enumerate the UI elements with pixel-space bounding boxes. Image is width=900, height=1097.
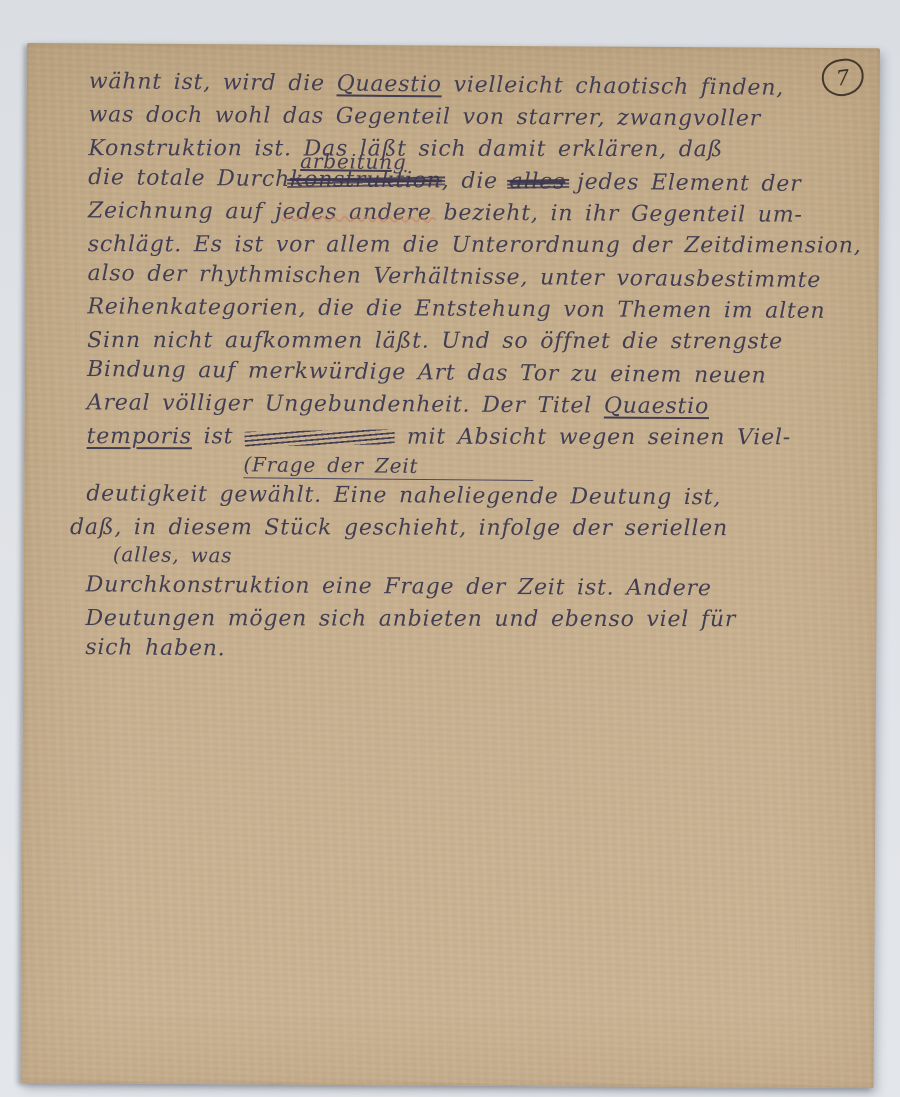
text-segment: (Frage der Zeit <box>243 452 533 481</box>
manuscript-line: temporis ist mit Absicht wegen seinen Vi… <box>87 421 862 454</box>
text-segment: Deutungen mögen sich anbieten und ebenso… <box>85 606 736 632</box>
text-segment: mit Absicht wegen seinen Viel- <box>395 425 791 451</box>
text-segment: , die <box>442 168 510 194</box>
text-segment: (alles, was <box>113 542 233 567</box>
manuscript-line: Reihenkategorien, die die Entstehung von… <box>87 291 862 328</box>
crossed-out-word: alles <box>510 169 566 195</box>
text-segment: jedes Element der <box>565 170 801 197</box>
text-segment: ist <box>192 424 245 449</box>
manuscript-line: daß, in diesem Stück geschieht, infolge … <box>70 512 861 545</box>
manuscript-line: Zeichnung auf jedes andere bezieht, in i… <box>88 195 863 232</box>
text-segment: Bindung auf merkwürdige Art das Tor zu e… <box>87 357 767 389</box>
manuscript-line: Durchkonstruktion eine Frage der Zeit is… <box>86 569 861 606</box>
text-segment: also der rhythmischen Verhältnisse, unte… <box>87 261 821 293</box>
text-segment: schlägt. Es ist vor allem die Unterordnu… <box>88 232 862 258</box>
text-segment: was doch wohl das Gegenteil von starrer,… <box>88 102 761 131</box>
text-segment: Sinn nicht aufkommen läßt. Und so öffnet… <box>87 328 783 354</box>
illegible-scribble <box>245 429 395 446</box>
text-segment: Zeichnung auf jedes andere bezieht, in i… <box>88 198 803 227</box>
underlined-word: Quaestio <box>604 394 709 420</box>
manuscript-line: Deutungen mögen sich anbieten und ebenso… <box>85 603 860 636</box>
correction-group: arbeitung konstruktion <box>290 167 442 193</box>
underlined-word: Quaestio <box>337 71 442 97</box>
text-segment: Areal völliger Ungebundenheit. Der Titel <box>87 390 604 418</box>
red-squiggle-mark <box>282 192 436 225</box>
text-segment: die totale Durch <box>88 165 290 192</box>
manuscript-line: Areal völliger Ungebundenheit. Der Titel… <box>87 387 862 424</box>
text-segment: vielleicht chaotisch finden, <box>442 72 784 100</box>
text-segment: sich haben. <box>85 635 225 661</box>
text-segment: Reihenkategorien, die die Entstehung von… <box>87 294 825 324</box>
crossed-out-word: konstruktion <box>290 167 442 193</box>
manuscript-line: sich haben. <box>85 632 860 671</box>
underlined-word: temporis <box>87 424 192 449</box>
manuscript-line: Konstruktion ist. Das läßt sich damit er… <box>88 133 863 166</box>
manuscript-line: Sinn nicht aufkommen läßt. Und so öffnet… <box>87 325 862 358</box>
text-segment: Durchkonstruktion eine Frage der Zeit is… <box>86 572 712 601</box>
manuscript-paper: 7 wähnt ist, wird die Quaestio vielleich… <box>21 43 880 1088</box>
text-segment: wähnt ist, wird die <box>89 69 337 96</box>
text-segment: daß, in diesem Stück geschieht, infolge … <box>70 515 728 541</box>
manuscript-line: schlägt. Es ist vor allem die Unterordnu… <box>88 229 863 262</box>
text-segment: deutigkeit gewählt. Eine naheliegende De… <box>86 481 721 510</box>
manuscript-line: was doch wohl das Gegenteil von starrer,… <box>88 99 863 136</box>
manuscript-line: deutigkeit gewählt. Eine naheliegende De… <box>86 478 861 515</box>
manuscript-text: wähnt ist, wird die Quaestio vielleicht … <box>85 67 864 670</box>
